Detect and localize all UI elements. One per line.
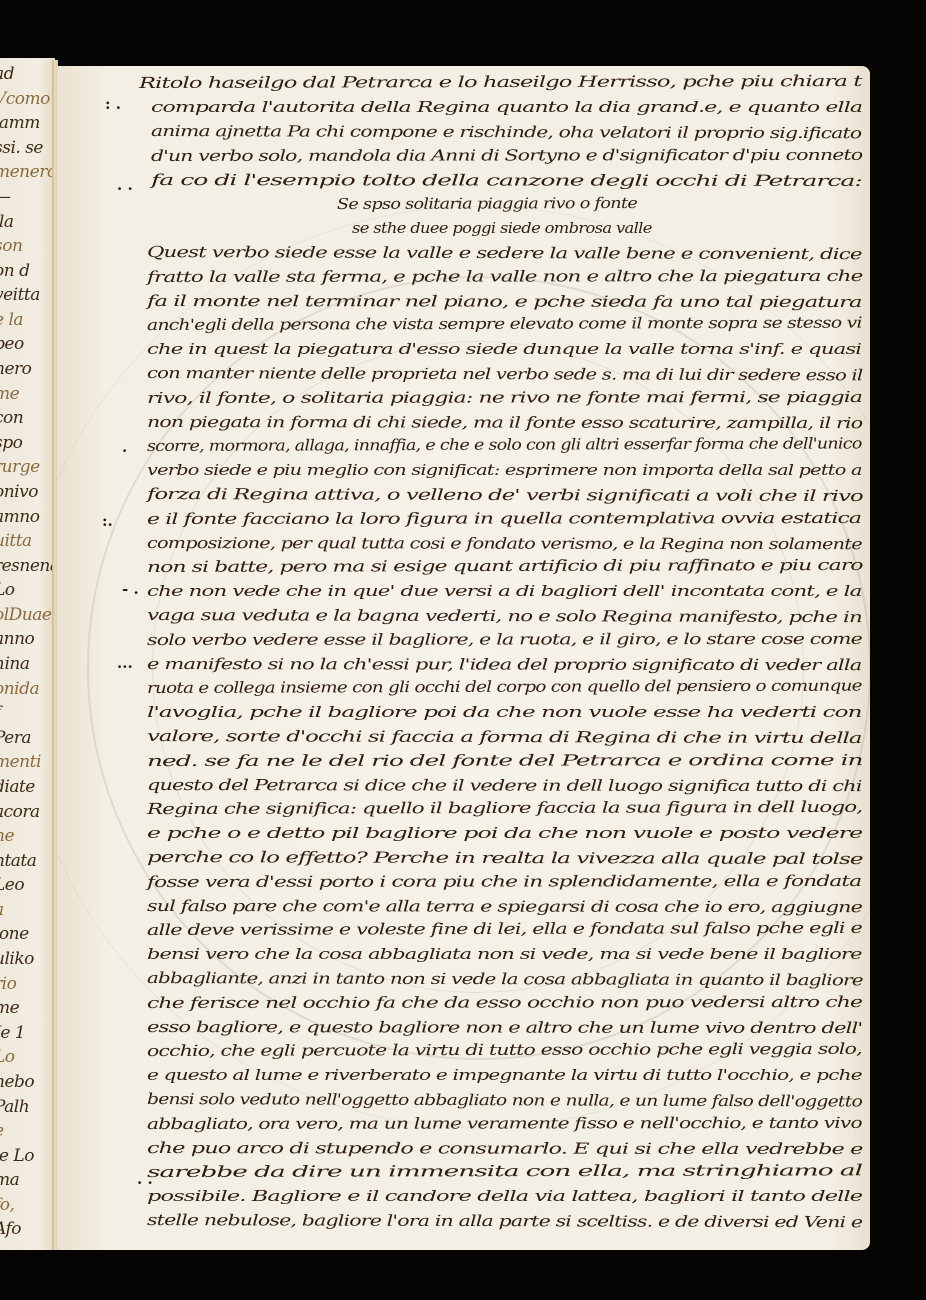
manuscript-line: esso bagliore, e questo bagliore non e a… [147,1018,862,1037]
manuscript-line: con manter niente delle proprieta nel ve… [147,364,862,384]
left-page-fragment: ie Lo [0,1146,34,1166]
left-page-fragment: con [0,408,23,428]
left-page-fragment: veitta [0,285,40,305]
left-page-fragment: rio [0,974,16,994]
manuscript-line: d'un verbo solo, mandola dia Anni di Sor… [151,145,862,164]
left-page-fragment: diate [0,777,35,797]
manuscript-line: bensi vero che la cosa abbagliata non si… [147,945,862,963]
manuscript-line: alle deve verissime e voleste fine di le… [147,919,862,939]
margin-mark: : . [105,95,121,113]
left-page-fragment: amno [0,507,39,527]
manuscript-line: ned. se fa ne le del rio del fonte del P… [147,751,863,770]
left-page-fragment: nebo [0,1072,34,1092]
left-page-fragment: e [0,1121,4,1141]
manuscript-line: non piegata in forma di chi siede, ma il… [147,413,862,432]
manuscript-line: Ritolo haseilgo dal Petrarca e lo haseil… [139,72,862,92]
manuscript-line: verbo siede e piu meglio con significat:… [147,461,862,479]
left-page-fragment: — [0,187,11,207]
left-page-fragment: ssi. se [0,138,43,158]
manuscript-line: bensi solo veduto nell'oggetto abbagliat… [147,1090,862,1110]
left-page-fragment: ad [0,64,14,84]
left-page-fragment: Je 1 [0,1023,25,1043]
manuscript-line: fa co di l'esempio tolto della canzone d… [151,171,862,190]
margin-mark: - . [122,580,139,598]
manuscript-line: possibile. Bagliore e il candore della v… [147,1187,862,1205]
manuscript-line: forza di Regina attiva, o velleno de' ve… [147,485,863,505]
left-page-fragment: uliko [0,949,34,969]
manuscript-line: Quest verbo siede esse la valle e sedere… [147,243,862,263]
manuscript-line: abbagliante, anzi in tanto non si vede l… [147,969,863,989]
left-page-fragment: me [0,384,19,404]
verse-quotation-line: se sthe duee poggi siede ombrosa valle [352,219,652,237]
manuscript-line: che puo arco di stupendo e consumarlo. E… [147,1139,863,1158]
left-page-fragment: Vcomo [0,89,50,109]
manuscript-line: perche co lo effetto? Perche in realta l… [147,848,863,868]
left-page-fragment: ntata [0,851,36,871]
manuscript-line: scorre, mormora, allaga, innaffia, e che… [147,434,862,455]
manuscript-line: l'avoglia, pche il bagliore poi da che n… [147,703,862,721]
left-page-fragment: acora [0,802,40,822]
manuscript-line: abbagliato, ora vero, ma un lume veramen… [147,1113,862,1132]
manuscript-line: e pche o e detto pil bagliore poi da che… [147,824,862,842]
left-page-fragment: onivo [0,482,38,502]
manuscript-line: anima ajnetta Pa chi compone e rischinde… [151,122,861,142]
left-page-fragment: onida [0,679,39,699]
left-page-fragment: rurge [0,457,40,477]
manuscript-page: : .. ..:.- ..... . Ritolo haseilgo dal P… [57,66,870,1250]
manuscript-line: occhio, che egli percuote la virtu di tu… [147,1040,862,1060]
left-page-fragment: peo [0,334,24,354]
left-page-fragment: nero [0,359,31,379]
manuscript-line: che ferisce nel occhio fa che da esso oc… [147,993,862,1012]
manuscript-line: comparda l'autorita della Regina quanto … [151,98,862,116]
manuscript-line: e questo al lume e riverberato e impegna… [147,1066,862,1084]
left-page-fragment: uitta [0,531,32,551]
manuscript-line: che non vede che in que' due versi a di … [147,582,861,600]
left-page-fragment: menti [0,752,41,772]
left-page-fragment: son [0,236,22,256]
left-page-fragment: on d [0,261,29,281]
manuscript-line: questo del Petrarca si dice che il veder… [147,776,862,795]
left-page-fragment: fo, [0,1195,14,1215]
left-page-fragment: a [0,900,4,920]
left-page-fragment: resnena [0,556,55,576]
manuscript-line: composizione, per qual tutta cosi e fond… [147,534,862,553]
left-page-fragment: Leo [0,875,24,895]
left-page-fragment: ione [0,924,29,944]
manuscript-line: valore, sorte d'occhi si faccia a forma … [147,727,862,747]
manuscript-line: e il fonte facciano la loro figura in qu… [147,509,861,528]
left-page-fragment: spo [0,433,22,453]
left-page-fragment: Afo [0,1219,21,1239]
manuscript-line: non si batte, pero ma si esige quant art… [147,556,863,576]
left-page-fragment: anno [0,629,34,649]
left-page-fragment: e la [0,310,23,330]
manuscript-line: solo verbo vedere esse il bagliore, e la… [147,629,862,648]
manuscript-line: fosse vera d'essi porto i cora piu che i… [147,872,861,891]
left-facing-page: adVcomolammssi. semenero—llasonon dveitt… [0,58,55,1250]
left-page-fragment: ne [0,826,14,846]
manuscript-line: Regina che significa: quello il bagliore… [147,798,862,818]
left-page-fragment: hina [0,654,29,674]
margin-mark: :. [102,512,113,530]
manuscript-line: sul falso pare che com'e alla terra e sp… [147,897,862,916]
manuscript-line: sarebbe da dire un immensita con ella, m… [147,1161,862,1181]
left-page-fragment: lla [0,212,14,232]
manuscript-line: vaga sua veduta e la bagna vederti, no e… [147,606,862,626]
left-page-fragment: Lo [0,1047,15,1067]
manuscript-line: stelle nebulose, bagliore l'ora in alla … [147,1211,862,1231]
left-page-fragment: Palh [0,1097,29,1117]
margin-mark: . . [117,176,133,194]
manuscript-line: rivo, il fonte, o solitaria piaggia: ne … [147,388,862,407]
left-page-fragment: lamm [0,113,40,133]
manuscript-line: fa il monte nel terminar nel piano, e pc… [147,292,862,311]
left-page-fragment: me [0,998,19,1018]
manuscript-line: anch'egli della persona che vista sempre… [147,314,862,334]
verse-quotation-line: Se spso solitaria piaggia rivo o fonte [337,194,637,213]
manuscript-line: ruota e collega insieme con gli occhi de… [147,677,862,697]
margin-mark: . [122,438,127,456]
manuscript-line: e manifesto si no la ch'essi pur, l'idea… [147,655,861,674]
left-page-fragment: olDuae [0,605,51,625]
left-page-fragment: Lo [0,580,15,600]
left-page-fragment: Pera [0,728,31,748]
left-page-fragment: ma [0,1170,19,1190]
margin-mark: ... [117,654,133,672]
manuscript-line: fratto la valle sta ferma, e pche la val… [147,267,863,286]
left-page-fragment: menero [0,162,55,182]
manuscript-line: che in quest la piegatura d'esso siede d… [147,340,861,358]
